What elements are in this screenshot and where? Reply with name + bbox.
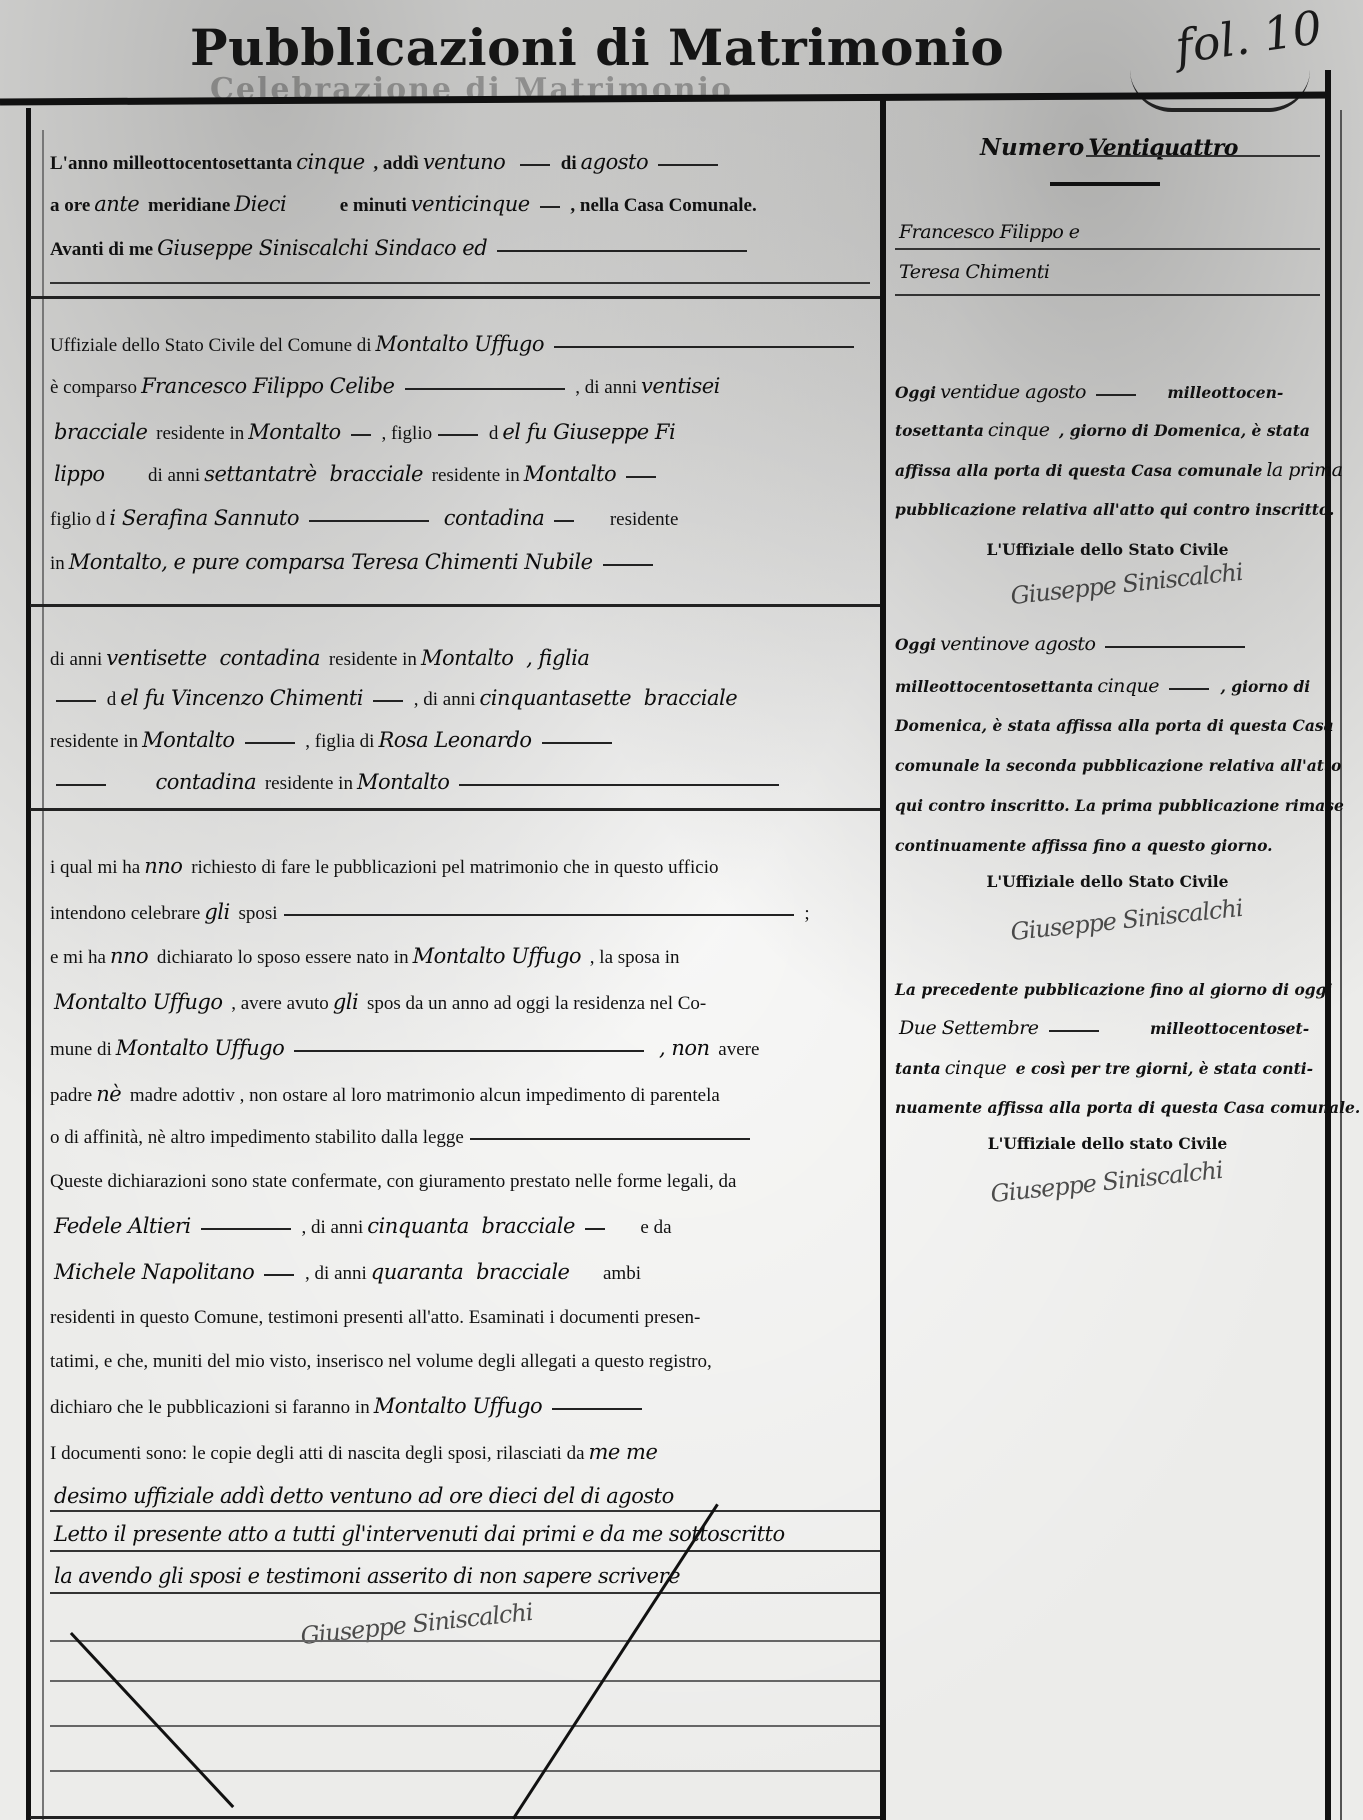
hw-register-number: Ventiquattro bbox=[1084, 135, 1242, 161]
form-line-oath: Queste dichiarazioni sono state conferma… bbox=[50, 1170, 870, 1194]
hw-groom-age: ventisei bbox=[637, 374, 724, 398]
form-line-bride-age: di anniventisette contadina residente in… bbox=[50, 646, 870, 672]
form-line-impediment: padrenè madre adottiv , non ostare al lo… bbox=[50, 1082, 870, 1108]
pub2-line-6: continuamente affissa fino a questo gior… bbox=[895, 836, 1320, 856]
column-divider bbox=[880, 100, 886, 1820]
hw-note-line-1: desimo uffiziale addì detto ventuno ad o… bbox=[50, 1484, 870, 1510]
right-border bbox=[1325, 70, 1331, 1820]
hw-year: cinque bbox=[292, 150, 368, 174]
right-outer-border bbox=[1340, 110, 1342, 1820]
hw-witness-2: Michele Napolitano bbox=[50, 1260, 258, 1284]
hw-spouse-2: Teresa Chimenti bbox=[895, 262, 1320, 282]
form-line-testimony: residenti in questo Comune, testimoni pr… bbox=[50, 1306, 870, 1330]
form-line-comune: Uffiziale dello Stato Civile del Comune … bbox=[50, 332, 870, 358]
signature-3: Giuseppe Siniscalchi bbox=[989, 1156, 1224, 1208]
cancellation-stroke bbox=[70, 1632, 235, 1808]
pub2-line-2: milleottocentosettantacinque , giorno di bbox=[895, 676, 1320, 697]
officer-signature: Giuseppe Siniscalchi bbox=[299, 1598, 534, 1650]
signature-2: Giuseppe Siniscalchi bbox=[1009, 894, 1244, 946]
pub1-line-4: pubblicazione relativa all'atto qui cont… bbox=[895, 500, 1320, 520]
form-line-comune-residence: mune diMontalto Uffugo , non avere bbox=[50, 1036, 870, 1062]
document-page: Pubblicazioni di Matrimonio Celebrazione… bbox=[0, 0, 1363, 1820]
form-line-bride: inMontalto, e pure comparsa Teresa Chime… bbox=[50, 550, 870, 576]
hw-groom-father: el fu Giuseppe Fi bbox=[498, 420, 679, 444]
form-line-celebrate: intendono celebraregli sposi ; bbox=[50, 900, 870, 926]
form-line-residence: Montalto Uffugo , avere avutogli spos da… bbox=[50, 990, 870, 1016]
form-line-documents: tatimi, e che, muniti del mio visto, ins… bbox=[50, 1350, 870, 1374]
bottom-border bbox=[30, 1816, 880, 1819]
form-line-doc-list: I documenti sono: le copie degli atti di… bbox=[50, 1440, 870, 1466]
pub2-line-1: Oggiventinove agosto bbox=[895, 634, 1320, 655]
pub1-line-1: Oggiventidue agosto milleottocen- bbox=[895, 382, 1320, 403]
hw-bride-age: ventisette bbox=[102, 646, 210, 670]
hw-bride-mother: Rosa Leonardo bbox=[374, 728, 535, 752]
pub3-line-4: nuamente affissa alla porta di questa Ca… bbox=[895, 1098, 1320, 1118]
form-line-bride-father: del fu Vincenzo Chimenti , di annicinqua… bbox=[50, 686, 870, 712]
officer-title-1: L'Uffiziale dello Stato Civile bbox=[895, 540, 1320, 559]
officer-title-3: L'Uffiziale dello stato Civile bbox=[895, 1134, 1320, 1153]
page-title: Pubblicazioni di Matrimonio bbox=[190, 18, 1004, 77]
left-inner-border bbox=[42, 130, 44, 1820]
hw-witness-1: Fedele Altieri bbox=[50, 1214, 195, 1238]
hw-bride-intro: Montalto, e pure comparsa Teresa Chiment… bbox=[65, 550, 597, 574]
pub2-line-3: Domenica, è stata affissa alla porta di … bbox=[895, 716, 1320, 736]
form-line-officer: Avanti di meGiuseppe Siniscalchi Sindaco… bbox=[50, 236, 870, 262]
form-line-request: i qual mi hanno richiesto di fare le pub… bbox=[50, 854, 870, 880]
hw-month: agosto bbox=[577, 150, 652, 174]
pub3-line-1: La precedente pubblicazione fino al gior… bbox=[895, 980, 1320, 1000]
hw-groom-mother: i Serafina Sannuto bbox=[105, 506, 303, 530]
section-divider bbox=[30, 604, 880, 607]
form-line-groom: è comparsoFrancesco Filippo Celibe , di … bbox=[50, 374, 870, 400]
pub3-line-3: tantacinque e così per tre giorni, è sta… bbox=[895, 1058, 1320, 1079]
hw-day: ventuno bbox=[419, 150, 509, 174]
form-line-time: a oreante meridianeDieci e minutiventici… bbox=[50, 192, 870, 218]
form-line-bride-mother: residente inMontalto , figlia diRosa Leo… bbox=[50, 728, 870, 754]
left-border bbox=[26, 108, 31, 1820]
pub1-line-2: tosettantacinque , giorno di Domenica, è… bbox=[895, 420, 1320, 441]
hw-bride-birthplace: Montalto Uffugo bbox=[50, 990, 226, 1014]
form-line-witness-2: Michele Napolitano , di anniquaranta bra… bbox=[50, 1260, 870, 1286]
form-line-witness-1: Fedele Altieri , di annicinquanta bracci… bbox=[50, 1214, 870, 1240]
form-line-birthplace: e mi hanno dichiarato lo sposo essere na… bbox=[50, 944, 870, 970]
hw-officer-name: Giuseppe Siniscalchi Sindaco ed bbox=[153, 236, 491, 260]
officer-title-2: L'Uffiziale dello Stato Civile bbox=[895, 872, 1320, 891]
section-divider bbox=[30, 296, 880, 299]
hw-bride-father: el fu Vincenzo Chimenti bbox=[116, 686, 367, 710]
pub1-line-3: affissa alla porta di questa Casa comuna… bbox=[895, 460, 1320, 481]
hw-spouse-1: Francesco Filippo e bbox=[895, 222, 1320, 242]
form-line-publication-place: dichiaro che le pubblicazioni si faranno… bbox=[50, 1394, 870, 1420]
hw-comune: Montalto Uffugo bbox=[372, 332, 548, 356]
hw-note-line-2: Letto il presente atto a tutti gl'interv… bbox=[50, 1522, 870, 1548]
hw-groom-name: Francesco Filippo Celibe bbox=[137, 374, 398, 398]
signature-1: Giuseppe Siniscalchi bbox=[1009, 558, 1244, 610]
folio-number: fol. 10 bbox=[1172, 0, 1325, 74]
form-line-groom-residence: bracciale residente inMontalto , figlio … bbox=[50, 420, 870, 446]
form-line-year: L'anno milleottocentosettantacinque , ad… bbox=[50, 150, 870, 176]
form-line-affinity: o di affinità, nè altro impedimento stab… bbox=[50, 1126, 870, 1150]
hw-groom-birthplace: Montalto Uffugo bbox=[409, 944, 585, 968]
form-line-bride-mother-residence: contadina residente inMontalto bbox=[50, 770, 870, 796]
pub2-line-5: qui contro inscritto. La prima pubblicaz… bbox=[895, 796, 1320, 816]
section-divider bbox=[30, 808, 880, 811]
hw-note-line-3: la avendo gli sposi e testimoni asserito… bbox=[50, 1564, 870, 1590]
hw-hour: Dieci bbox=[230, 192, 290, 216]
pub3-line-2: Due Settembre milleottocentoset- bbox=[895, 1018, 1320, 1039]
form-line-groom-mother: figlio di Serafina Sannuto contadina res… bbox=[50, 506, 870, 532]
hw-minutes: venticinque bbox=[407, 192, 534, 216]
form-line-groom-father: lippo di annisettantatrè bracciale resid… bbox=[50, 462, 870, 488]
pub2-line-4: comunale la seconda pubblicazione relati… bbox=[895, 756, 1320, 776]
